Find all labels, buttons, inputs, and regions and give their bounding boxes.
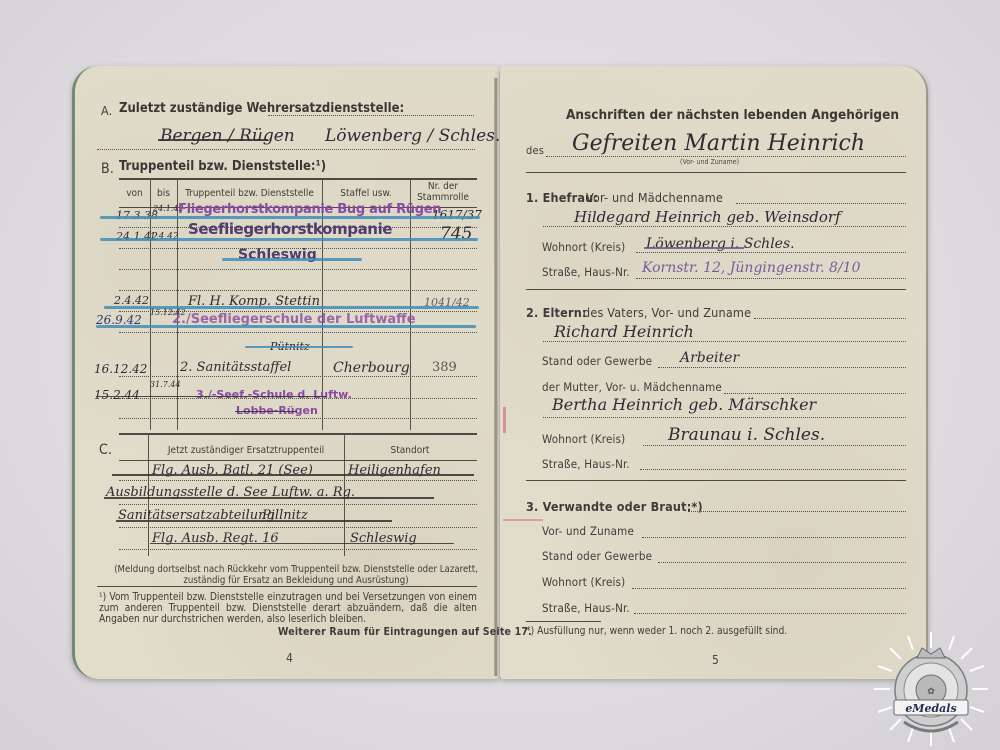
column-header-unit: Truppenteil bzw. Dienststelle bbox=[177, 188, 322, 199]
dotted-line bbox=[736, 203, 906, 204]
cell-unit-stamp: Fliegerhorstkompanie Bug auf Rügen bbox=[178, 202, 441, 217]
right-footnote: *) Ausfüllung nur, wenn weder 1. noch 2.… bbox=[526, 626, 787, 637]
ink-mark bbox=[503, 519, 543, 521]
dotted-line bbox=[636, 252, 906, 253]
section-a-struck-entry: Bergen / Rügen bbox=[160, 126, 295, 146]
dotted-line bbox=[636, 278, 906, 279]
dotted-line bbox=[543, 226, 906, 227]
section-b-title: Truppenteil bzw. Dienststelle:¹) bbox=[119, 159, 326, 174]
column-header-ersatztruppenteil: Jetzt zuständiger Ersatztruppenteil bbox=[148, 445, 344, 456]
dotted-line bbox=[543, 341, 906, 342]
dotted-line bbox=[640, 469, 906, 470]
row-rule bbox=[119, 290, 477, 291]
strike-line bbox=[96, 325, 476, 328]
left-footnote: ¹) Vom Truppenteil bzw. Dienststelle ein… bbox=[99, 592, 477, 625]
verwandte-name-label: Vor- und Zuname bbox=[542, 524, 634, 538]
page-number-left: 4 bbox=[286, 651, 293, 665]
cell-nr: 389 bbox=[432, 360, 457, 375]
strike-line bbox=[158, 139, 268, 141]
ehefrau-name-value: Hildegard Heinrich geb. Weinsdorf bbox=[574, 208, 841, 226]
dotted-line bbox=[543, 417, 906, 418]
cell-unit: Flg. Ausb. Batl. 21 (See) bbox=[152, 463, 313, 478]
dotted-line bbox=[632, 588, 906, 589]
cell-unit-stamp: Seefliegerhorstkompanie bbox=[188, 220, 392, 238]
emedals-seal-logo: ✿ eMedals bbox=[872, 630, 990, 748]
cell-von: 15.2.44 bbox=[94, 388, 140, 402]
strike-line bbox=[112, 474, 474, 476]
dotted-line bbox=[634, 613, 906, 614]
row-rule bbox=[119, 480, 477, 481]
cell-unit-stamp: 3./-Seef.-Schule d. Luftw. bbox=[196, 388, 352, 401]
strike-line bbox=[222, 258, 362, 261]
parents-strasse-label: Straße, Haus-Nr. bbox=[542, 457, 630, 471]
column-header-standort: Standort bbox=[344, 445, 476, 456]
cell-nr: 1617/37 bbox=[432, 208, 482, 222]
des-label: des bbox=[526, 144, 544, 157]
seal-brand-text: eMedals bbox=[905, 702, 956, 715]
dotted-line bbox=[643, 445, 906, 446]
col-divider bbox=[410, 352, 411, 430]
verwandte-label: 3. Verwandte oder Braut:*) bbox=[526, 499, 703, 514]
column-header-staffel: Staffel usw. bbox=[322, 188, 410, 199]
section-a-title: Zuletzt zuständige Wehrersatzdienststell… bbox=[119, 101, 404, 116]
column-header-von: von bbox=[119, 188, 150, 199]
strike-line bbox=[235, 411, 297, 412]
table-top-rule bbox=[119, 178, 477, 180]
row-rule bbox=[119, 269, 477, 270]
name-caption: (Vor- und Zuname) bbox=[680, 158, 739, 166]
row-rule bbox=[119, 418, 477, 419]
row-rule bbox=[119, 504, 477, 505]
cell-von: 16.12.42 bbox=[94, 362, 147, 376]
strike-line bbox=[100, 238, 478, 241]
strike-line bbox=[245, 346, 353, 348]
ehefrau-strasse-label: Straße, Haus-Nr. bbox=[542, 265, 630, 279]
cell-standort: Heiligenhafen bbox=[348, 463, 441, 478]
parents-wohnort-label: Wohnort (Kreis) bbox=[542, 432, 625, 446]
ehefrau-wohnort-label: Wohnort (Kreis) bbox=[542, 240, 625, 254]
strike-line bbox=[150, 543, 454, 544]
dotted-line bbox=[658, 367, 906, 368]
strike-line bbox=[100, 216, 480, 219]
cell-bis: 31.7.44 bbox=[150, 380, 181, 389]
page-number-right: 5 bbox=[712, 653, 719, 667]
row-rule bbox=[119, 527, 477, 528]
dotted-line bbox=[546, 156, 906, 157]
header-rule bbox=[526, 172, 906, 173]
cell-nr: 745 bbox=[440, 224, 472, 244]
ehefrau-strasse-value: Kornstr. 12, Jüngingenstr. 8/10 bbox=[642, 260, 860, 276]
section-rule bbox=[526, 289, 906, 290]
row-rule bbox=[119, 332, 477, 333]
parents-wohnort-value: Braunau i. Schles. bbox=[668, 425, 825, 445]
row-rule bbox=[119, 549, 477, 550]
dotted-line bbox=[268, 115, 474, 116]
footnote-rule bbox=[526, 621, 601, 622]
section-b-label: B. bbox=[101, 161, 114, 177]
strike-line bbox=[96, 396, 326, 397]
cell-staffel: Cherbourg bbox=[333, 360, 410, 376]
mother-value: Bertha Heinrich geb. Märschker bbox=[552, 395, 816, 414]
verwandte-stand-label: Stand oder Gewerbe bbox=[542, 549, 652, 563]
note-rule bbox=[97, 586, 477, 587]
section-a-entry: Löwenberg / Schles. bbox=[325, 126, 500, 146]
cell-unit: 2. Sanitätsstaffel bbox=[180, 360, 291, 375]
verwandte-wohnort-label: Wohnort (Kreis) bbox=[542, 575, 625, 589]
father-value: Richard Heinrich bbox=[554, 322, 694, 341]
ehefrau-wohnort-value: Löwenberg i. Schles. bbox=[646, 236, 795, 252]
section-c-note: (Meldung dortselbst nach Rückkehr vom Tr… bbox=[112, 564, 480, 586]
book-spine bbox=[494, 78, 498, 676]
continued-note: Weiterer Raum für Eintragungen auf Seite… bbox=[278, 626, 532, 638]
dotted-line bbox=[754, 318, 906, 319]
verwandte-strasse-label: Straße, Haus-Nr. bbox=[542, 601, 630, 615]
section-rule bbox=[526, 480, 906, 481]
mother-label: der Mutter, Vor- u. Mädchenname bbox=[542, 380, 722, 394]
dotted-line bbox=[97, 149, 475, 150]
strike-line bbox=[116, 520, 392, 522]
svg-text:✿: ✿ bbox=[927, 687, 935, 697]
strike-line bbox=[104, 497, 434, 499]
column-header-nr: Nr. der Stammrolle bbox=[410, 181, 476, 203]
section-c-label: C. bbox=[99, 442, 112, 458]
father-stand-value: Arbeiter bbox=[680, 350, 739, 366]
father-label: des Vaters, Vor- und Zuname bbox=[583, 305, 751, 320]
col-divider bbox=[177, 352, 178, 430]
dotted-line bbox=[724, 393, 906, 394]
dotted-line bbox=[642, 537, 906, 538]
header-rule bbox=[119, 460, 477, 461]
father-stand-label: Stand oder Gewerbe bbox=[542, 354, 652, 368]
col-divider bbox=[150, 352, 151, 430]
dotted-line bbox=[688, 511, 906, 512]
row-rule bbox=[119, 376, 477, 377]
eltern-label: 2. Eltern: bbox=[526, 305, 587, 320]
ehefrau-name-label: Vor- und Mädchenname bbox=[586, 190, 723, 205]
soldier-name: Gefreiten Martin Heinrich bbox=[572, 131, 865, 156]
table-bottom-rule bbox=[119, 433, 477, 435]
dotted-line bbox=[658, 562, 906, 563]
column-header-bis: bis bbox=[150, 188, 177, 199]
strike-line bbox=[644, 247, 744, 249]
ink-mark bbox=[503, 407, 506, 433]
section-a-label: A. bbox=[101, 103, 112, 118]
right-page-title: Anschriften der nächsten lebenden Angehö… bbox=[566, 107, 899, 123]
